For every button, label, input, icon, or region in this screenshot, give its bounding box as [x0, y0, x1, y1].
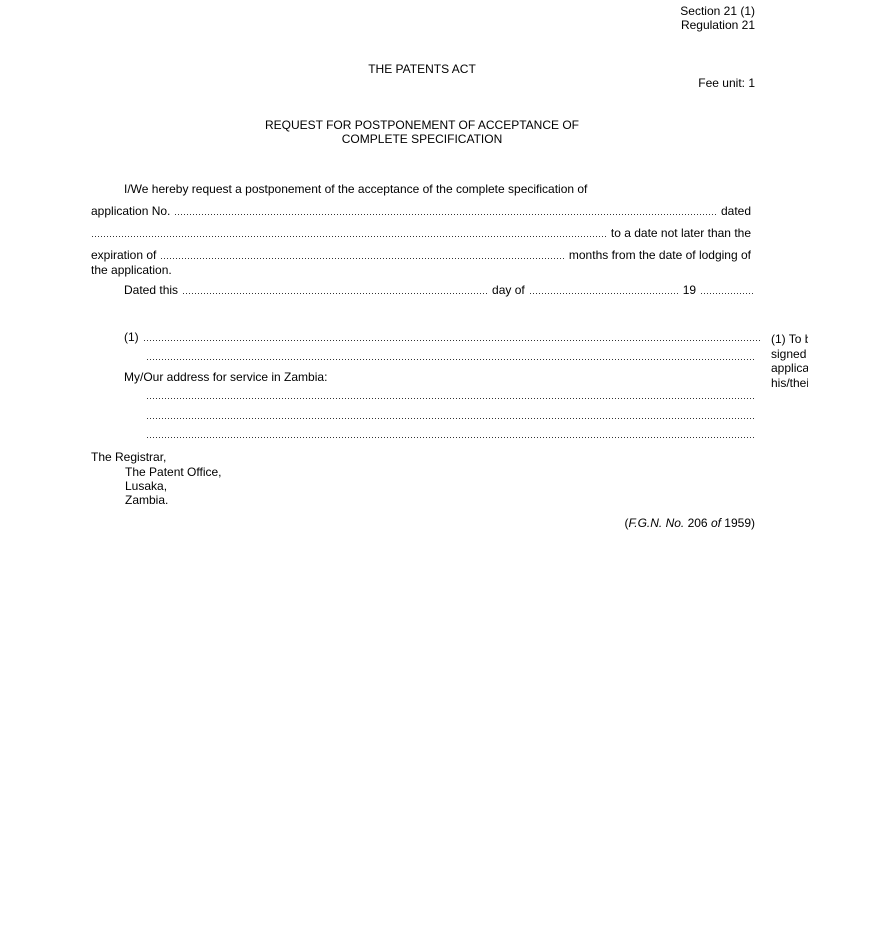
act-title: THE PATENTS ACT — [322, 62, 522, 76]
month-field[interactable] — [529, 293, 679, 294]
addressee-office: The Patent Office, — [125, 465, 222, 479]
date-row: to a date not later than the — [91, 226, 751, 240]
address-field-line2[interactable] — [146, 418, 754, 419]
day-field[interactable] — [182, 293, 488, 294]
address-field-line3[interactable] — [146, 437, 754, 438]
signature-row: (1) — [124, 330, 760, 344]
side-note-line: (1) To be — [771, 332, 808, 347]
signature-field-line1[interactable] — [143, 340, 760, 341]
signature-marker: (1) — [124, 330, 139, 344]
addressee-country: Zambia. — [125, 493, 168, 507]
citation-fgn: F.G.N. No. — [628, 516, 684, 530]
citation-number: 206 — [684, 516, 711, 530]
form-title-line1: REQUEST FOR POSTPONEMENT OF ACCEPTANCE O… — [222, 118, 622, 132]
months-label: months from the date of lodging of — [569, 248, 751, 262]
application-number-label: application No. — [91, 204, 170, 218]
months-field[interactable] — [160, 258, 565, 259]
section-reference: Section 21 (1) — [680, 4, 755, 18]
expiration-label: expiration of — [91, 248, 156, 262]
citation-year: 1959) — [721, 516, 755, 530]
signature-field-line2[interactable] — [146, 359, 754, 360]
dated-this-label: Dated this — [124, 283, 178, 297]
citation-of: of — [711, 516, 721, 530]
year-field[interactable] — [700, 293, 754, 294]
regulation-reference: Regulation 21 — [681, 18, 755, 32]
form-title-line2: COMPLETE SPECIFICATION — [222, 132, 622, 146]
expiration-row: expiration of months from the date of lo… — [91, 248, 751, 262]
dated-label: dated — [721, 204, 751, 218]
side-note-line: signed by — [771, 347, 808, 362]
date-not-later-label: to a date not later than the — [611, 226, 751, 240]
side-note-line: applicant — [771, 361, 808, 376]
addressee-registrar: The Registrar, — [91, 450, 166, 464]
application-number-field[interactable] — [174, 214, 717, 215]
dated-this-row: Dated this day of 19 — [124, 283, 754, 297]
application-date-field[interactable] — [91, 236, 607, 237]
fee-unit: Fee unit: 1 — [698, 76, 755, 90]
application-end-text: the application. — [91, 263, 172, 277]
address-field-line1[interactable] — [146, 398, 754, 399]
addressee-city: Lusaka, — [125, 479, 167, 493]
gazette-citation: (F.G.N. No. 206 of 1959) — [624, 516, 755, 530]
intro-text: I/We hereby request a postponement of th… — [124, 182, 587, 196]
address-label: My/Our address for service in Zambia: — [124, 370, 327, 384]
side-note: (1) To be signed by applicant his/their — [771, 332, 808, 390]
year-prefix: 19 — [683, 283, 696, 297]
side-note-line: his/their — [771, 376, 808, 391]
application-number-row: application No. dated — [91, 204, 751, 218]
day-of-label: day of — [492, 283, 525, 297]
